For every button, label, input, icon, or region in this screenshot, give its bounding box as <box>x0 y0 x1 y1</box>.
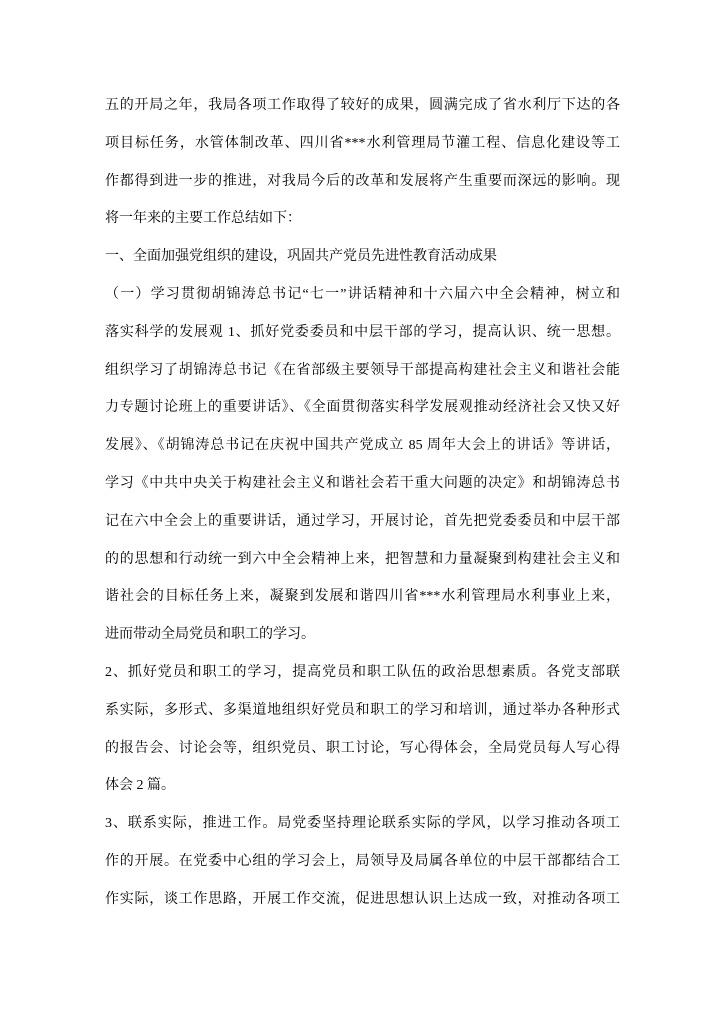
text-line-11: 学习《中共中央关于构建社会主义和谐社会若干重大问题的决定》和胡锦涛总书 <box>105 465 620 503</box>
text-line-6: （一）学习贯彻胡锦涛总书记“七一”讲话精神和十六届六中全会精神，树立和 <box>105 276 620 314</box>
text-line-10: 发展》、《胡锦涛总书记在庆祝中国共产党成立 85 周年大会上的讲话》等讲话， <box>105 427 620 465</box>
text-line-18: 的报告会、讨论会等，组织党员、职工讨论，写心得体会，全局党员每人写心得 <box>105 730 620 768</box>
text-line-4: 将一年来的主要工作总结如下： <box>105 200 620 238</box>
text-line-19: 体会 2 篇。 <box>105 767 620 805</box>
text-line-21: 作的开展。在党委中心组的学习会上，局领导及局属各单位的中层干部都结合工 <box>105 843 620 881</box>
text-line-14: 谐社会的目标任务上来，凝聚到发展和谐四川省***水利管理局水利事业上来， <box>105 578 620 616</box>
text-line-22: 作实际，谈工作思路，开展工作交流，促进思想认识上达成一致，对推动各项工 <box>105 881 620 919</box>
text-line-7: 落实科学的发展观 1、抓好党委委员和中层干部的学习，提高认识、统一思想。 <box>105 314 620 352</box>
text-line-15: 进而带动全局党员和职工的学习。 <box>105 616 620 654</box>
text-line-9: 力专题讨论班上的重要讲话》、《全面贯彻落实科学发展观推动经济社会又快又好 <box>105 389 620 427</box>
text-line-17: 系实际，多形式、多渠道地组织好党员和职工的学习和培训，通过举办各种形式 <box>105 692 620 730</box>
text-line-16: 2、抓好党员和职工的学习，提高党员和职工队伍的政治思想素质。各党支部联 <box>105 654 620 692</box>
text-line-13: 的的思想和行动统一到六中全会精神上来，把智慧和力量凝聚到构建社会主义和 <box>105 541 620 579</box>
text-line-20: 3、联系实际，推进工作。局党委坚持理论联系实际的学风，以学习推动各项工 <box>105 805 620 843</box>
section-heading-line: 一、全面加强党组织的建设，巩固共产党员先进性教育活动成果 <box>105 238 620 276</box>
text-line-3: 作都得到进一步的推进，对我局今后的改革和发展将产生重要而深远的影响。现 <box>105 163 620 201</box>
document-page: 五的开局之年，我局各项工作取得了较好的成果，圆满完成了省水利厅下达的各 项目标任… <box>0 0 721 1020</box>
text-line-8: 组织学习了胡锦涛总书记《在省部级主要领导干部提高构建社会主义和谐社会能 <box>105 352 620 390</box>
document-body: 五的开局之年，我局各项工作取得了较好的成果，圆满完成了省水利厅下达的各 项目标任… <box>105 87 620 919</box>
text-line-12: 记在六中全会上的重要讲话，通过学习，开展讨论，首先把党委委员和中层干部 <box>105 503 620 541</box>
text-line-1: 五的开局之年，我局各项工作取得了较好的成果，圆满完成了省水利厅下达的各 <box>105 87 620 125</box>
text-line-2: 项目标任务，水管体制改革、四川省***水利管理局节灌工程、信息化建设等工 <box>105 125 620 163</box>
